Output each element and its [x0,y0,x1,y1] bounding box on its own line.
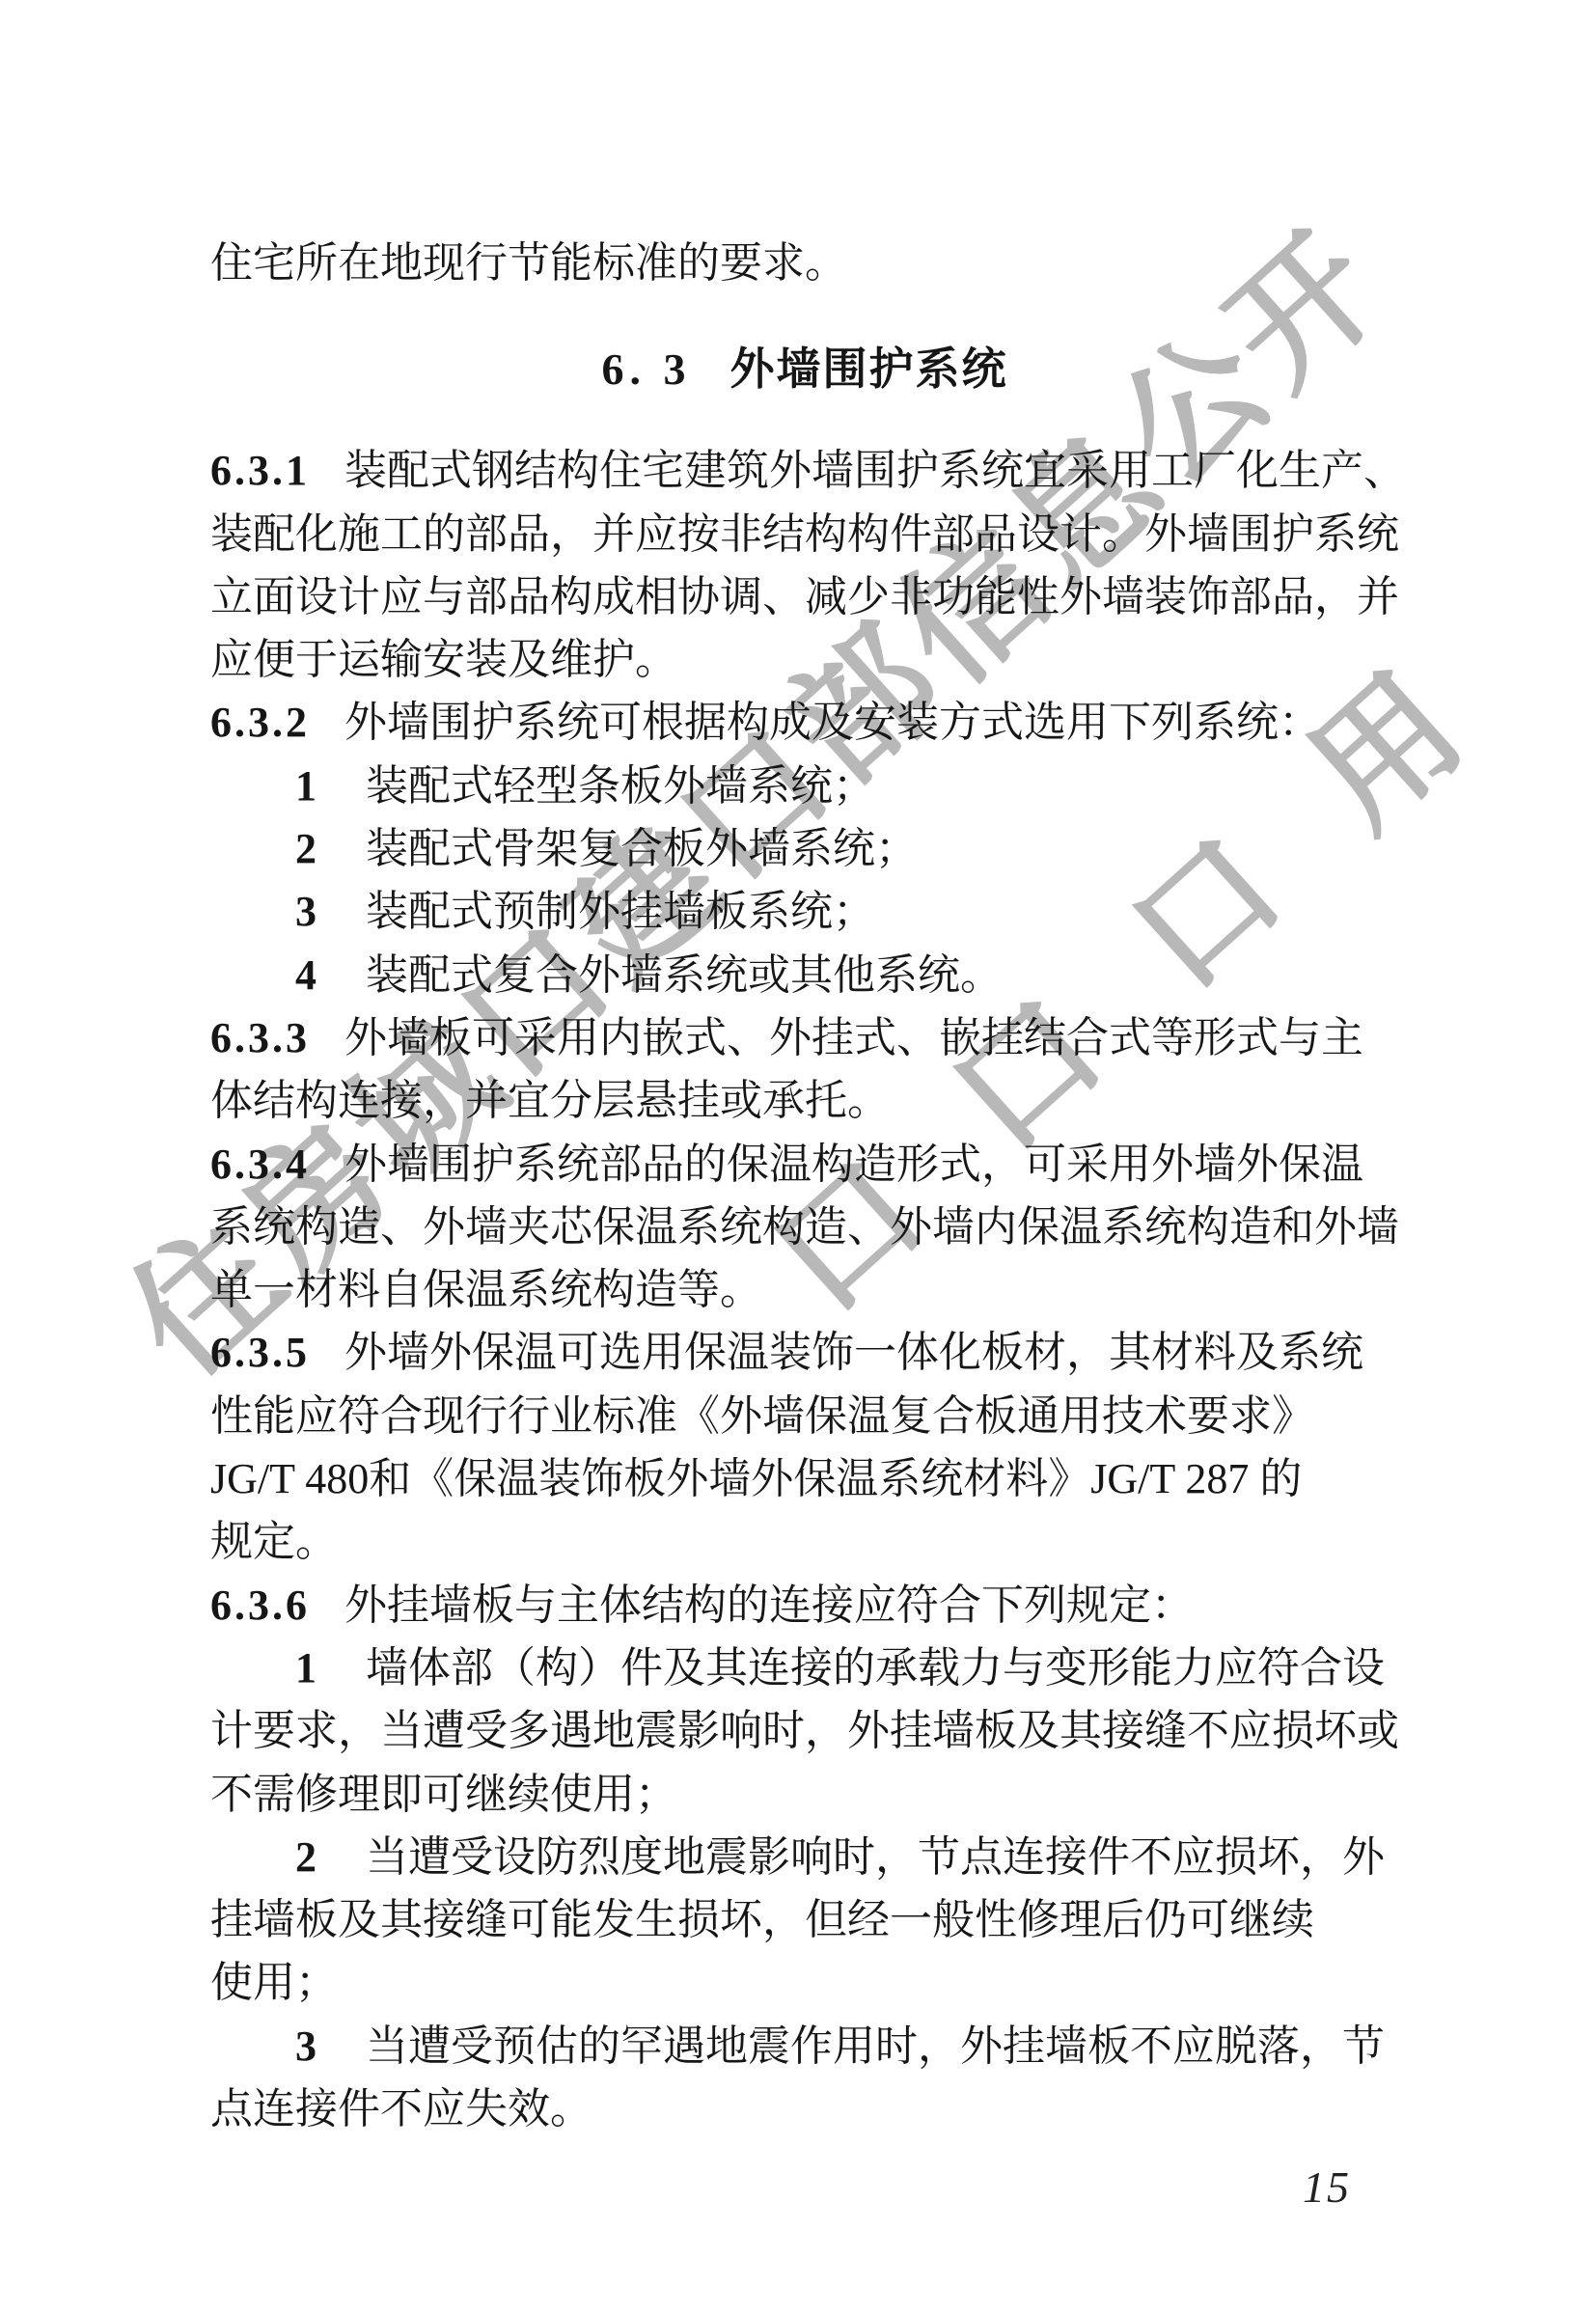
text-line: 6.3.6外挂墙板与主体结构的连接应符合下列规定： [210,1574,1399,1637]
list-item: 1墙体部（构）件及其连接的承载力与变形能力应符合设 [210,1637,1399,1699]
text-line: 6.3.2外墙围护系统可根据构成及安装方式选用下列系统： [210,691,1399,754]
list-item: 1装配式轻型条板外墙系统； [210,755,1399,817]
text-line: 单一材料自保温系统构造等。 [210,1258,1399,1321]
list-item: 2当遭受设防烈度地震影响时，节点连接件不应损坏，外 [210,1826,1399,1888]
line-text: 装配化施工的部品，并应按非结构构件部品设计。外墙围护系统 [210,510,1399,558]
section-number: 6.3.1 [210,447,310,494]
list-item: 2装配式骨架复合板外墙系统； [210,817,1399,880]
line-text: 体结构连接，并宜分层悬挂或承托。 [210,1077,890,1124]
line-text: 不需修理即可继续使用； [210,1771,677,1818]
line-text: 性能应符合现行行业标准《外墙保温复合板通用技术要求》 [210,1392,1314,1440]
line-text: 装配式轻型条板外墙系统； [366,762,875,810]
line-text: 装配式预制外挂墙板系统； [366,888,875,935]
line-text: 外挂墙板与主体结构的连接应符合下列规定： [344,1582,1194,1629]
text-line: 6.3.5外墙外保温可选用保温装饰一体化板材，其材料及系统 [210,1321,1399,1384]
intro-line: 住宅所在地现行节能标准的要求。 [210,232,1399,294]
section-number: 6.3.4 [210,1141,310,1188]
text-line: 6.3.3外墙板可采用内嵌式、外挂式、嵌挂结合式等形式与主 [210,1006,1399,1069]
line-text: 计要求，当遭受多遇地震影响时，外挂墙板及其接缝不应损坏或 [210,1707,1399,1754]
item-number: 3 [295,888,319,935]
text-line: 性能应符合现行行业标准《外墙保温复合板通用技术要求》 [210,1385,1399,1447]
item-number: 3 [295,2022,319,2070]
list-item: 3装配式预制外挂墙板系统； [210,880,1399,943]
line-text: 应便于运输安装及维护。 [210,636,677,683]
text-line: 规定。 [210,1510,1399,1573]
line-text: 装配式复合外墙系统或其他系统。 [366,951,1003,999]
line-text: 单一材料自保温系统构造等。 [210,1266,762,1313]
line-text: 外墙围护系统部品的保温构造形式，可采用外墙外保温 [344,1141,1363,1188]
line-text: 使用； [210,1959,338,2006]
text-line: 装配化施工的部品，并应按非结构构件部品设计。外墙围护系统 [210,503,1399,565]
line-text: 点连接件不应失效。 [210,2085,592,2132]
line-text: 系统构造、外墙夹芯保温系统构造、外墙内保温系统构造和外墙 [210,1203,1399,1251]
section-heading: 6. 3外墙围护系统 [210,338,1399,400]
text-line: 6.3.4外墙围护系统部品的保温构造形式，可采用外墙外保温 [210,1133,1399,1196]
text-line: 挂墙板及其接缝可能发生损坏，但经一般性修理后仍可继续 [210,1888,1399,1951]
text-line: 系统构造、外墙夹芯保温系统构造、外墙内保温系统构造和外墙 [210,1196,1399,1258]
line-text: 立面设计应与部品构成相协调、减少非功能性外墙装饰部品，并 [210,573,1399,620]
text-line: JG/T 480和《保温装饰板外墙外保温系统材料》JG/T 287 的 [210,1447,1399,1510]
line-text: JG/T 480和《保温装饰板外墙外保温系统材料》JG/T 287 的 [210,1455,1302,1502]
text-line: 6.3.1装配式钢结构住宅建筑外墙围护系统宜采用工厂化生产、 [210,439,1399,502]
item-number: 2 [295,1833,319,1881]
list-item: 3当遭受预估的罕遇地震作用时，外挂墙板不应脱落，节 [210,2015,1399,2077]
text-line: 点连接件不应失效。 [210,2077,1399,2140]
item-number: 2 [295,825,319,872]
intro-line-text: 住宅所在地现行节能标准的要求。 [210,239,847,287]
line-text: 挂墙板及其接缝可能发生损坏，但经一般性修理后仍可继续 [210,1896,1314,1943]
section-number: 6.3.6 [210,1582,310,1629]
page-number: 15 [1303,2161,1351,2213]
line-text: 装配式骨架复合板外墙系统； [366,825,918,872]
line-text: 外墙外保温可选用保温装饰一体化板材，其材料及系统 [344,1329,1363,1376]
line-text: 当遭受设防烈度地震影响时，节点连接件不应损坏，外 [366,1833,1385,1881]
text-line: 计要求，当遭受多遇地震影响时，外挂墙板及其接缝不应损坏或 [210,1699,1399,1762]
text-line: 应便于运输安装及维护。 [210,628,1399,691]
item-number: 1 [295,762,319,810]
line-text: 当遭受预估的罕遇地震作用时，外挂墙板不应脱落，节 [366,2022,1385,2070]
text-line: 使用； [210,1951,1399,2014]
line-text: 装配式钢结构住宅建筑外墙围护系统宜采用工厂化生产、 [344,447,1406,494]
line-text: 外墙板可采用内嵌式、外挂式、嵌挂结合式等形式与主 [344,1014,1363,1061]
line-text: 规定。 [210,1518,338,1565]
text-line: 立面设计应与部品构成相协调、减少非功能性外墙装饰部品，并 [210,565,1399,628]
text-line: 不需修理即可继续使用； [210,1763,1399,1826]
heading-title: 外墙围护系统 [730,344,1008,394]
text-block: 住宅所在地现行节能标准的要求。 6. 3外墙围护系统 6.3.1装配式钢结构住宅… [210,232,1399,2140]
item-number: 1 [295,1644,319,1692]
line-text: 外墙围护系统可根据构成及安装方式选用下列系统： [344,699,1321,746]
item-number: 4 [295,951,319,999]
section-number: 6.3.5 [210,1329,310,1376]
heading-number: 6. 3 [602,344,692,394]
section-number: 6.3.3 [210,1014,310,1061]
text-line: 体结构连接，并宜分层悬挂或承托。 [210,1069,1399,1132]
list-item: 4装配式复合外墙系统或其他系统。 [210,944,1399,1006]
document-page: 住房城口建口部信息公开 口口口用 住宅所在地现行节能标准的要求。 6. 3外墙围… [0,0,1596,2311]
section-number: 6.3.2 [210,699,310,746]
line-text: 墙体部（构）件及其连接的承载力与变形能力应符合设 [366,1644,1385,1692]
